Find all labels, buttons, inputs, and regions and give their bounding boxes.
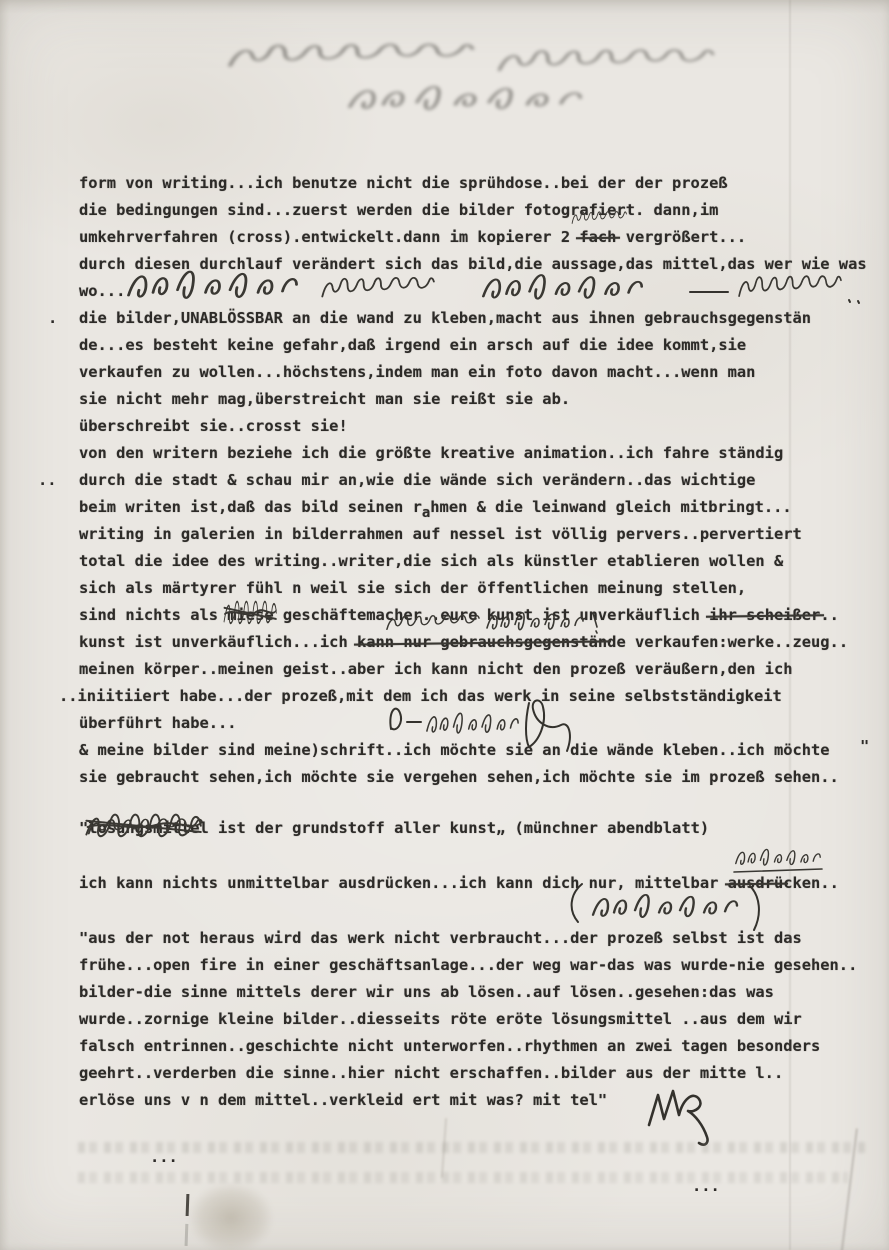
typed-line-28: bilder-die sinne mittels derer wir uns a… [79, 981, 774, 1003]
line25-post: cken.. [783, 874, 839, 892]
handwriting-after-ueberfuehrt-scrawl [383, 695, 598, 757]
line3-struck-text: fach [579, 228, 616, 246]
typed-line-7: de...es besteht keine gefahr,daß irgend … [79, 334, 746, 356]
typed-line-2: die bedingungen sind...zuerst werden die… [79, 199, 718, 221]
line18-struck-text: kann nur gebrauchsgegenstän [357, 633, 607, 651]
line18-struck-words: kann nur gebrauchsgegenstän [357, 633, 607, 651]
handwriting-oslovsky-scrawl [566, 880, 778, 938]
ghost-handwriting-top [225, 38, 765, 118]
typed-line-19: meinen körper..meinen geist..aber ich ka… [79, 658, 792, 680]
stain-blob [188, 1182, 274, 1250]
stray-quote-mark: " [860, 735, 869, 757]
typed-line-24: "lösungsmittel ist der grundstoff aller … [79, 817, 709, 839]
line3-pre: umkehrverfahren (cross).entwickelt.dann … [79, 228, 579, 246]
typed-line-9: sie nicht mehr mag,überstreicht man sie … [79, 388, 570, 410]
line13-dropped-letter: a [422, 502, 430, 524]
line13-pre: beim writen ist,daß das bild seinen r [79, 498, 422, 516]
handwriting-after-ueberfuehrt [383, 695, 598, 757]
typed-line-11: von den writern beziehe ich die größte k… [79, 442, 783, 464]
line17-mid: geschäftemacher..eure kunst ist unverkäu… [274, 606, 710, 624]
typed-line-17: sind nichts als miese geschäftemacher..e… [79, 604, 839, 626]
typed-line-31: geehrt..verderben die sinne..hier nicht … [79, 1062, 783, 1084]
line18-pre: kunst ist unverkäuflich...ich [79, 633, 357, 651]
typed-line-8: verkaufen zu wollen...höchstens,indem ma… [79, 361, 755, 383]
line17-struck-words: ihr scheißer [709, 606, 820, 624]
line24-post: l ist der grundstoff aller kunst„ (münch… [199, 819, 709, 837]
typed-line-12: durch die stadt & schau mir an,wie die w… [79, 469, 755, 491]
handwriting-above-ausdruecken [734, 846, 826, 874]
line3-struck-word: fach [579, 228, 616, 246]
line17-pre: sind nichts als [79, 606, 227, 624]
typed-line-14: writing in galerien in bilderrahmen auf … [79, 523, 802, 545]
handwriting-oslovsky [566, 880, 778, 938]
typed-line-5: wo... [79, 280, 125, 302]
ghost-scrawl [230, 45, 713, 110]
ghost-text-line-2 [78, 1172, 848, 1183]
paper-crease-right [789, 0, 791, 1250]
typed-line-21: überführt habe... [79, 712, 237, 734]
typed-line-1: form von writing...ich benutze nicht die… [79, 172, 728, 194]
line24-scribbled-text: lösungsmitte [88, 819, 199, 837]
typed-line-27: frühe...open fire in einer geschäftsanla… [79, 954, 857, 976]
handwriting-line5-scrawl [125, 260, 865, 316]
typed-line-30: falsch entrinnen..geschichte nicht unter… [79, 1035, 820, 1057]
typed-line-15: total die idee des writing..writer,die s… [79, 550, 783, 572]
typed-line-10: überschreibt sie..crosst sie! [79, 415, 348, 437]
line3-post: vergrößert... [616, 228, 746, 246]
typed-line-3: umkehrverfahren (cross).entwickelt.dann … [79, 226, 746, 248]
line13-post: hmen & die leinwand gleich mitbringt... [430, 498, 791, 516]
typed-line-29: wurde..zornige kleine bilder..diesseits … [79, 1008, 802, 1030]
document-page: form von writing...ich benutze nicht die… [0, 0, 889, 1250]
line24-pre: " [79, 819, 88, 837]
typed-line-23: sie gebraucht sehen,ich möchte sie verge… [79, 766, 839, 788]
line17-scribbled-text: miese [227, 606, 273, 624]
line17-scribbled-word: miese [227, 606, 273, 624]
typed-line-18: kunst ist unverkäuflich...ich kann nur g… [79, 631, 848, 653]
typed-line-16: sich als märtyrer fühl n weil sie sich d… [79, 577, 746, 599]
handwriting-line5 [125, 260, 865, 316]
ghost-text-line-1 [78, 1142, 868, 1153]
line18-post: de verkaufen:werke..zeug.. [607, 633, 848, 651]
typed-line-13: beim writen ist,daß das bild seinen rahm… [79, 496, 792, 519]
margin-dot: . [48, 307, 57, 329]
margin-double-dot: .. [38, 469, 57, 491]
line24-scribbled-word: lösungsmitte [88, 819, 199, 837]
typed-line-32: erlöse uns v n dem mittel..verkleid ert … [79, 1089, 607, 1111]
